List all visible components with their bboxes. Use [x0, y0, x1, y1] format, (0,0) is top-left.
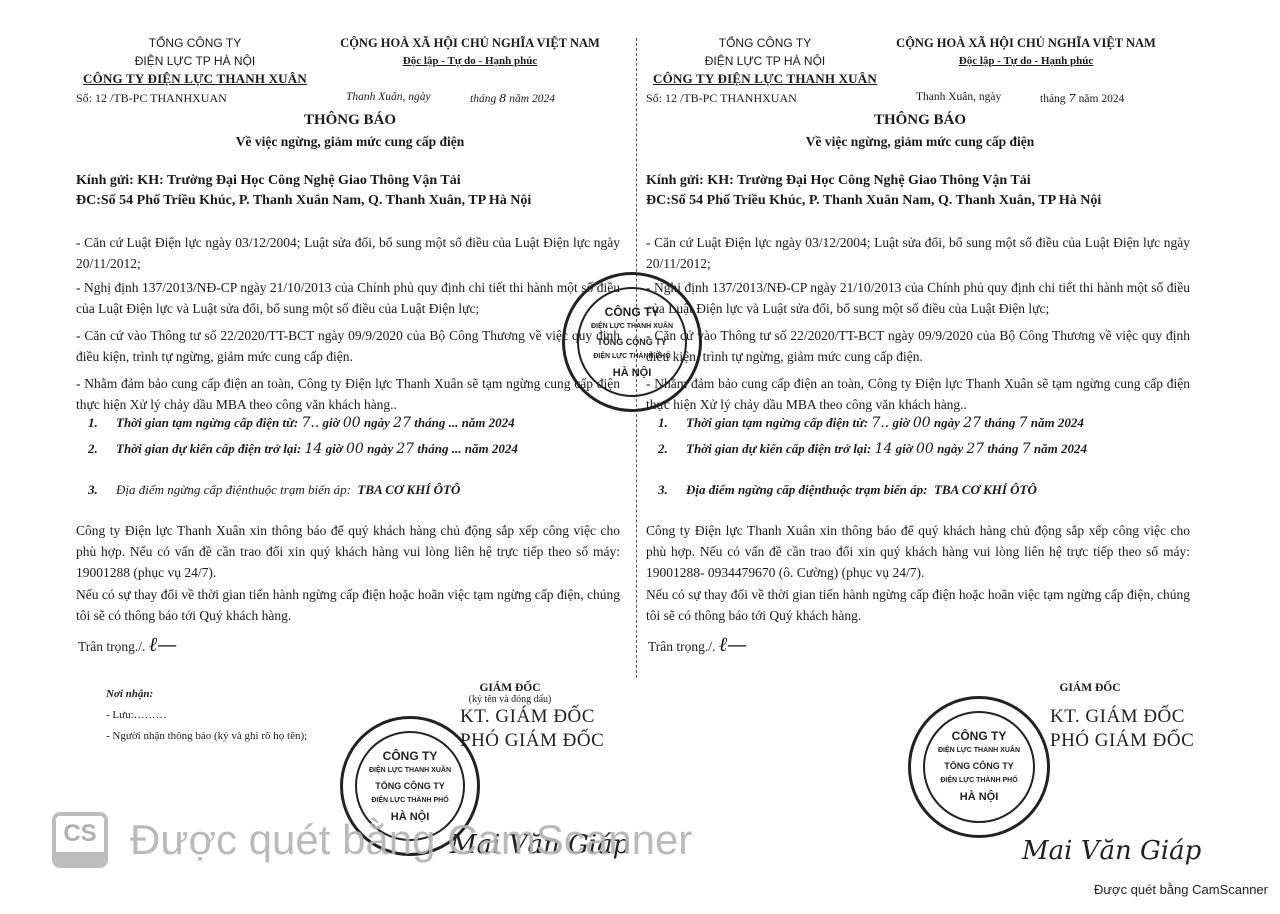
- recipient-line-2: - Người nhận thông báo (ký và ghi rõ họ …: [106, 726, 307, 747]
- month-handwritten: 8: [499, 91, 506, 105]
- stamp-line-2: ĐIỆN LỰC THANH XUÂN: [911, 747, 1047, 754]
- minute-hand: 00: [346, 441, 364, 457]
- item-label: Thời gian tạm ngừng cấp điện từ:: [116, 415, 298, 430]
- item-label: Thời gian dự kiến cấp điện trở lại:: [686, 441, 871, 456]
- year-label: năm 2024: [1031, 415, 1084, 430]
- day-hand: 27: [963, 415, 981, 431]
- substation-name: TBA CƠ KHÍ ÔTÔ: [934, 482, 1037, 497]
- date-place: Thanh Xuân, ngày: [346, 91, 431, 103]
- recipients-list: Nơi nhận: - Lưu:……… - Người nhận thông b…: [106, 684, 307, 747]
- hour-label: giờ: [323, 415, 340, 430]
- hour-hand: 14: [875, 441, 893, 457]
- item-number: 3.: [658, 482, 686, 498]
- stamp-line-2: ĐIỆN LỰC THANH XUÂN: [565, 323, 699, 330]
- restore-time-item: 2.Thời gian dự kiến cấp điện trở lại: 14…: [88, 441, 628, 457]
- doc-number: Số: 12 /TB-PC THANHXUAN: [646, 91, 797, 106]
- month-label: tháng: [1040, 93, 1066, 105]
- org-line-2: ĐIỆN LỰC TP HÀ NỘI: [70, 52, 320, 70]
- month-value: ...: [449, 415, 459, 430]
- contact-paragraph: Công ty Điện lực Thanh Xuân xin thông bá…: [646, 520, 1190, 583]
- day-label: ngày: [934, 415, 960, 430]
- regards-text: Trân trọng./.: [78, 639, 145, 654]
- location-item: 3.Địa điểm ngừng cấp điệnthuộc trạm biến…: [658, 482, 1198, 498]
- month-label: tháng: [417, 441, 448, 456]
- deputy-title: KT. GIÁM ĐỐC PHÓ GIÁM ĐỐC: [460, 705, 604, 753]
- national-motto: Độc lập - Tự do - Hạnh phúc: [876, 52, 1176, 70]
- month-label: tháng: [984, 415, 1015, 430]
- regards-text: Trân trọng./.: [648, 639, 715, 654]
- outage-start-item: 1.Thời gian tạm ngừng cấp điện từ: 7.. g…: [658, 415, 1198, 431]
- item-number: 1.: [658, 415, 686, 431]
- change-notice-paragraph: Nếu có sự thay đổi về thời gian tiến hàn…: [76, 584, 620, 626]
- signer-name: Mai Văn Giáp: [1022, 836, 1201, 866]
- legal-basis-1: - Căn cứ Luật Điện lực ngày 03/12/2004; …: [646, 232, 1190, 274]
- stamp-line-4: ĐIỆN LỰC THÀNH PHỐ: [565, 353, 699, 360]
- item-label: Địa điểm ngừng cấp điệnthuộc trạm biến á…: [116, 482, 351, 497]
- item-number: 3.: [88, 482, 116, 498]
- month-label: tháng: [987, 441, 1018, 456]
- regards: Trân trọng./. ℓ—: [78, 632, 177, 657]
- item-number: 2.: [88, 441, 116, 457]
- date-month: tháng 8 năm 2024: [470, 91, 555, 105]
- national-header: CỘNG HOÀ XÃ HỘI CHỦ NGHĨA VIỆT NAM Độc l…: [876, 34, 1176, 70]
- signature-block: GIÁM ĐỐC (ký tên và đóng dấu): [1000, 682, 1180, 705]
- stamp-line-1: CÔNG TY: [911, 729, 1047, 743]
- recipient-line-1: - Lưu:………: [106, 705, 307, 726]
- hour-hand: 14: [305, 441, 323, 457]
- minute-hand: 00: [916, 441, 934, 457]
- stamp-line-4: ĐIỆN LỰC THÀNH PHỐ: [911, 777, 1047, 784]
- day-hand: 27: [396, 441, 414, 457]
- legal-basis-3: - Căn cứ vào Thông tư số 22/2020/TT-BCT …: [76, 325, 620, 367]
- national-header: CỘNG HOÀ XÃ HỘI CHỦ NGHĨA VIỆT NAM Độc l…: [320, 34, 620, 70]
- purpose-paragraph: - Nhằm đảm bảo cung cấp điện an toàn, Cô…: [76, 373, 620, 415]
- kt-line-2: PHÓ GIÁM ĐỐC: [1050, 729, 1194, 753]
- year-label: năm 2024: [1034, 441, 1087, 456]
- day-label: ngày: [364, 415, 390, 430]
- year-label: năm 2024: [1079, 93, 1125, 105]
- month-label: tháng: [470, 93, 496, 105]
- national-motto: Độc lập - Tự do - Hạnh phúc: [320, 52, 620, 70]
- recipient-address: ĐC:Số 54 Phố Triều Khúc, P. Thanh Xuân N…: [646, 191, 1101, 211]
- legal-basis-3: - Căn cứ vào Thông tư số 22/2020/TT-BCT …: [646, 325, 1190, 367]
- item-number: 1.: [88, 415, 116, 431]
- location-item: 3.Địa điểm ngừng cấp điệnthuộc trạm biến…: [88, 482, 628, 498]
- signer-note: (ký tên và đóng dấu): [420, 694, 600, 705]
- org-line-2: ĐIỆN LỰC TP HÀ NỘI: [640, 52, 890, 70]
- month-hand: 7: [1022, 441, 1031, 457]
- logo-bar: [56, 852, 104, 864]
- recipient: Kính gửi: KH: Trường Đại Học Công Nghệ G…: [646, 171, 1101, 191]
- item-label: Địa điểm ngừng cấp điệnthuộc trạm biến á…: [686, 482, 927, 497]
- purpose-paragraph: - Nhằm đảm bảo cung cấp điện an toàn, Cô…: [646, 373, 1190, 415]
- restore-time-item: 2.Thời gian dự kiến cấp điện trở lại: 14…: [658, 441, 1198, 457]
- kt-line-1: KT. GIÁM ĐỐC: [460, 705, 604, 729]
- month-value: ...: [452, 441, 462, 456]
- kt-line-2: PHÓ GIÁM ĐỐC: [460, 729, 604, 753]
- day-label: ngày: [367, 441, 393, 456]
- date-place: Thanh Xuân, ngày: [916, 91, 1001, 103]
- stamp-line-4: ĐIỆN LỰC THÀNH PHỐ: [343, 797, 477, 804]
- legal-basis-1: - Căn cứ Luật Điện lực ngày 03/12/2004; …: [76, 232, 620, 274]
- minute-hand: 00: [343, 415, 361, 431]
- kt-line-1: KT. GIÁM ĐỐC: [1050, 705, 1194, 729]
- recipient: Kính gửi: KH: Trường Đại Học Công Nghệ G…: [76, 171, 531, 191]
- item-number: 2.: [658, 441, 686, 457]
- day-hand: 27: [966, 441, 984, 457]
- stamp-line-3: TỔNG CÔNG TY: [911, 761, 1047, 771]
- camscanner-logo-icon: CS: [52, 812, 108, 868]
- stamp-line-3: TỔNG CÔNG TY: [565, 337, 699, 347]
- logo-text: CS: [56, 820, 104, 848]
- notice-subtitle: Về việc ngừng, giảm mức cung cấp điện: [70, 134, 630, 150]
- signer-role: GIÁM ĐỐC: [420, 682, 600, 694]
- date-month: tháng 7 năm 2024: [1040, 91, 1124, 105]
- stamp-line-3: TỔNG CÔNG TY: [343, 781, 477, 791]
- hour-label: giờ: [893, 415, 910, 430]
- recipient-block: Kính gửi: KH: Trường Đại Học Công Nghệ G…: [76, 171, 531, 211]
- recipient-block: Kính gửi: KH: Trường Đại Học Công Nghệ G…: [646, 171, 1101, 211]
- notice-copy-right: TỔNG CÔNG TY ĐIỆN LỰC TP HÀ NỘI CÔNG TY …: [640, 0, 1214, 914]
- regards: Trân trọng./. ℓ—: [648, 632, 747, 657]
- hour-label: giờ: [326, 441, 343, 456]
- initial-signature: ℓ—: [719, 632, 747, 656]
- official-stamp: CÔNG TY ĐIỆN LỰC THANH XUÂN TỔNG CÔNG TY…: [908, 696, 1050, 838]
- notice-title: THÔNG BÁO: [640, 112, 1200, 129]
- issuer-header: TỔNG CÔNG TY ĐIỆN LỰC TP HÀ NỘI CÔNG TY …: [640, 34, 890, 88]
- year-label: năm 2024: [462, 415, 515, 430]
- change-notice-paragraph: Nếu có sự thay đổi về thời gian tiến hàn…: [646, 584, 1190, 626]
- minute-hand: 00: [913, 415, 931, 431]
- official-stamp-center: CÔNG TY ĐIỆN LỰC THANH XUÂN TỔNG CÔNG TY…: [562, 272, 702, 412]
- signer-role: GIÁM ĐỐC: [1000, 682, 1180, 694]
- hour-hand: 7..: [871, 415, 889, 431]
- org-line-1: TỔNG CÔNG TY: [640, 34, 890, 52]
- initial-signature: ℓ—: [149, 632, 177, 656]
- day-label: ngày: [937, 441, 963, 456]
- issuer-header: TỔNG CÔNG TY ĐIỆN LỰC TP HÀ NỘI CÔNG TY …: [70, 34, 320, 88]
- month-label: tháng: [414, 415, 445, 430]
- item-label: Thời gian dự kiến cấp điện trở lại:: [116, 441, 301, 456]
- deputy-title: KT. GIÁM ĐỐC PHÓ GIÁM ĐỐC: [1050, 705, 1194, 753]
- year-label: năm 2024: [465, 441, 518, 456]
- stamp-line-1: CÔNG TY: [565, 305, 699, 319]
- watermark-text: Được quét bằng CamScanner: [130, 816, 692, 864]
- signature-block: GIÁM ĐỐC (ký tên và đóng dấu): [420, 682, 600, 705]
- nation-title: CỘNG HOÀ XÃ HỘI CHỦ NGHĨA VIỆT NAM: [876, 34, 1176, 52]
- notice-subtitle: Về việc ngừng, giảm mức cung cấp điện: [640, 134, 1200, 150]
- contact-paragraph: Công ty Điện lực Thanh Xuân xin thông bá…: [76, 520, 620, 583]
- outage-start-item: 1.Thời gian tạm ngừng cấp điện từ: 7.. g…: [88, 415, 628, 431]
- legal-basis-2: - Nghị định 137/2013/NĐ-CP ngày 21/10/20…: [646, 277, 1190, 319]
- recipient-address: ĐC:Số 54 Phố Triều Khúc, P. Thanh Xuân N…: [76, 191, 531, 211]
- hour-hand: 7..: [301, 415, 319, 431]
- legal-basis-2: - Nghị định 137/2013/NĐ-CP ngày 21/10/20…: [76, 277, 620, 319]
- stamp-line-5: HÀ NỘI: [911, 791, 1047, 803]
- nation-title: CỘNG HOÀ XÃ HỘI CHỦ NGHĨA VIỆT NAM: [320, 34, 620, 52]
- hour-label: giờ: [896, 441, 913, 456]
- notice-title: THÔNG BÁO: [70, 112, 630, 129]
- stamp-line-5: HÀ NỘI: [565, 367, 699, 379]
- day-hand: 27: [393, 415, 411, 431]
- stamp-line-1: CÔNG TY: [343, 749, 477, 763]
- company-name: CÔNG TY ĐIỆN LỰC THANH XUÂN: [70, 70, 320, 88]
- item-label: Thời gian tạm ngừng cấp điện từ:: [686, 415, 868, 430]
- camscanner-footer: Được quét bằng CamScanner: [1094, 882, 1268, 897]
- camscanner-watermark: CS Được quét bằng CamScanner: [52, 812, 692, 868]
- company-name: CÔNG TY ĐIỆN LỰC THANH XUÂN: [640, 70, 890, 88]
- org-line-1: TỔNG CÔNG TY: [70, 34, 320, 52]
- year-label: năm 2024: [509, 93, 555, 105]
- recipients-heading: Nơi nhận:: [106, 684, 307, 705]
- month-handwritten: 7: [1068, 91, 1075, 105]
- notice-copy-left: TỔNG CÔNG TY ĐIỆN LỰC TP HÀ NỘI CÔNG TY …: [70, 0, 636, 914]
- doc-number: Số: 12 /TB-PC THANHXUAN: [76, 91, 227, 106]
- substation-name: TBA CƠ KHÍ ÔTÔ: [357, 482, 460, 497]
- month-hand: 7: [1019, 415, 1028, 431]
- stamp-line-2: ĐIỆN LỰC THANH XUÂN: [343, 767, 477, 774]
